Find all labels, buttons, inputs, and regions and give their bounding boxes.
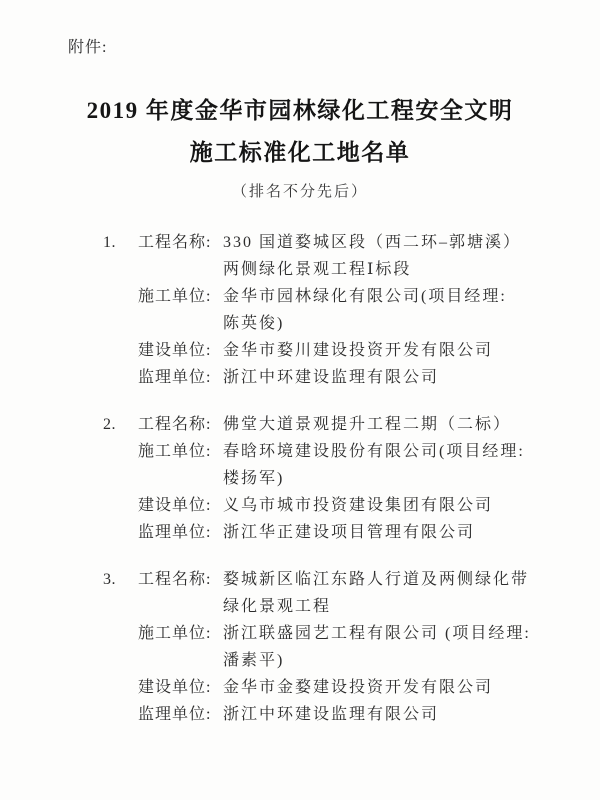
developer-label: 建设单位: (138, 492, 223, 519)
project-name-row: 2. 工程名称: 佛堂大道景观提升工程二期（二标） (0, 411, 600, 438)
item-number-spacer (103, 519, 138, 546)
developer-row: 建设单位: 金华市婺川建设投资开发有限公司 (0, 337, 600, 364)
supervisor-label: 监理单位: (138, 519, 223, 546)
developer-label: 建设单位: (138, 337, 223, 364)
project-name-label: 工程名称: (138, 229, 223, 283)
item-number-spacer (103, 364, 138, 391)
item-number-spacer (103, 492, 138, 519)
contractor-label: 施工单位: (138, 438, 223, 492)
supervisor-row: 监理单位: 浙江中环建设监理有限公司 (0, 701, 600, 728)
list-item-1: 1. 工程名称: 330 国道婺城区段（西二环–郭塘溪） 两侧绿化景观工程Ⅰ标段… (0, 229, 600, 391)
project-name-row: 1. 工程名称: 330 国道婺城区段（西二环–郭塘溪） 两侧绿化景观工程Ⅰ标段 (0, 229, 600, 283)
page-title: 2019 年度金华市园林绿化工程安全文明 施工标准化工地名单 (0, 90, 600, 174)
contractor-value: 浙江联盛园艺工程有限公司 (项目经理: 潘素平) (223, 620, 600, 674)
page-title-line2: 施工标准化工地名单 (0, 132, 600, 174)
contractor-row: 施工单位: 浙江联盛园艺工程有限公司 (项目经理: 潘素平) (0, 620, 600, 674)
supervisor-value: 浙江华正建设项目管理有限公司 (223, 519, 600, 546)
attachment-label: 附件: (68, 38, 600, 58)
supervisor-row: 监理单位: 浙江中环建设监理有限公司 (0, 364, 600, 391)
item-number-spacer (103, 620, 138, 674)
developer-row: 建设单位: 金华市金婺建设投资开发有限公司 (0, 674, 600, 701)
item-number: 2. (103, 411, 138, 438)
developer-label: 建设单位: (138, 674, 223, 701)
item-number: 3. (103, 566, 138, 620)
supervisor-label: 监理单位: (138, 364, 223, 391)
developer-row: 建设单位: 义乌市城市投资建设集团有限公司 (0, 492, 600, 519)
supervisor-row: 监理单位: 浙江华正建设项目管理有限公司 (0, 519, 600, 546)
project-name-value: 佛堂大道景观提升工程二期（二标） (223, 411, 600, 438)
supervisor-value: 浙江中环建设监理有限公司 (223, 364, 600, 391)
list-item-3: 3. 工程名称: 婺城新区临江东路人行道及两侧绿化带 绿化景观工程 施工单位: … (0, 566, 600, 728)
item-number-spacer (103, 337, 138, 364)
item-number-spacer (103, 438, 138, 492)
contractor-label: 施工单位: (138, 283, 223, 337)
list-item-2: 2. 工程名称: 佛堂大道景观提升工程二期（二标） 施工单位: 春晗环境建设股份… (0, 411, 600, 546)
contractor-label: 施工单位: (138, 620, 223, 674)
page-subtitle: （排名不分先后） (0, 182, 600, 202)
developer-value: 金华市金婺建设投资开发有限公司 (223, 674, 600, 701)
page-title-line1: 2019 年度金华市园林绿化工程安全文明 (0, 90, 600, 132)
item-number-spacer (103, 283, 138, 337)
supervisor-label: 监理单位: (138, 701, 223, 728)
project-name-row: 3. 工程名称: 婺城新区临江东路人行道及两侧绿化带 绿化景观工程 (0, 566, 600, 620)
item-number-spacer (103, 674, 138, 701)
project-name-value: 330 国道婺城区段（西二环–郭塘溪） 两侧绿化景观工程Ⅰ标段 (223, 229, 600, 283)
supervisor-value: 浙江中环建设监理有限公司 (223, 701, 600, 728)
contractor-row: 施工单位: 春晗环境建设股份有限公司(项目经理: 楼扬军) (0, 438, 600, 492)
developer-value: 义乌市城市投资建设集团有限公司 (223, 492, 600, 519)
item-number-spacer (103, 701, 138, 728)
project-name-label: 工程名称: (138, 411, 223, 438)
contractor-value: 金华市园林绿化有限公司(项目经理: 陈英俊) (223, 283, 600, 337)
contractor-value: 春晗环境建设股份有限公司(项目经理: 楼扬军) (223, 438, 600, 492)
item-number: 1. (103, 229, 138, 283)
contractor-row: 施工单位: 金华市园林绿化有限公司(项目经理: 陈英俊) (0, 283, 600, 337)
developer-value: 金华市婺川建设投资开发有限公司 (223, 337, 600, 364)
project-name-label: 工程名称: (138, 566, 223, 620)
site-list: 1. 工程名称: 330 国道婺城区段（西二环–郭塘溪） 两侧绿化景观工程Ⅰ标段… (0, 229, 600, 728)
scanned-document-page: { "page": { "attachment_label": "附件:", "… (0, 0, 600, 800)
project-name-value: 婺城新区临江东路人行道及两侧绿化带 绿化景观工程 (223, 566, 600, 620)
